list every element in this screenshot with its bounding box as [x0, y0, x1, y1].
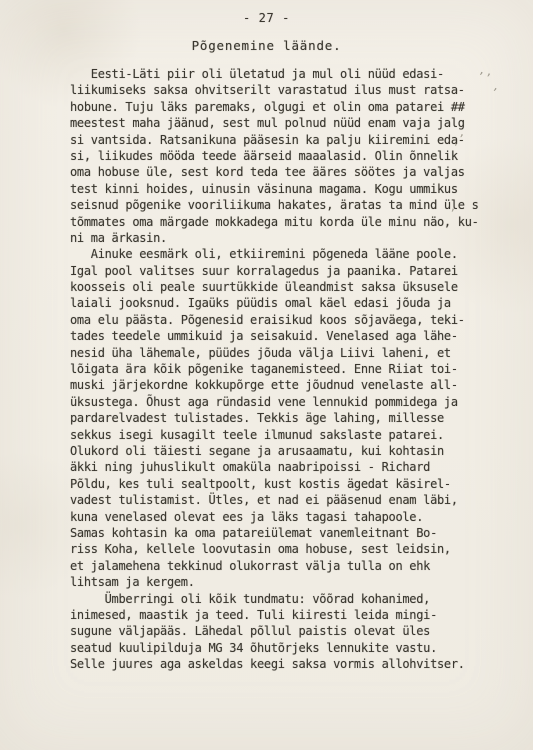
text-line: Ainuke eesmärk oli, etkiiremini põgeneda… [70, 246, 493, 262]
text-line: oma hobuse üle, sest kord teda tee ääres… [70, 164, 493, 180]
text-line: test kinni hoides, uinusin väsinuna maga… [70, 181, 493, 197]
text-line: kuna venelased olevat ees ja läks tagasi… [70, 509, 493, 525]
pencil-mark: ’ [452, 141, 461, 155]
text-line: muski järjekordne kokkupõrge ette jõudnu… [70, 377, 493, 393]
text-line: vadest tulistamist. Ütles, et nad ei pää… [70, 492, 493, 508]
text-line: si, liikudes mööda teede äärseid maaalas… [70, 148, 493, 164]
text-line: Olukord oli täiesti segane ja arusaamatu… [70, 443, 493, 459]
text-line: hobune. Tuju läks paremaks, olgugi et ol… [70, 99, 493, 115]
text-line: lihtsam ja kergem. [70, 574, 493, 590]
text-line: Selle juures aga askeldas keegi saksa vo… [70, 656, 493, 672]
paragraph: Ainuke eesmärk oli, etkiiremini põgeneda… [70, 246, 493, 525]
text-line: tõmmates oma märgade mokkadega mitu kord… [70, 214, 493, 230]
page-number: - 27 - [0, 0, 533, 25]
page-title: Põgenemine läände. [0, 38, 533, 53]
paragraph: Samas kohtasin ka oma patareiülemat vane… [70, 525, 493, 591]
text-line: pardarelvadest tulistades. Tekkis äge la… [70, 410, 493, 426]
text-line: liikumiseks saksa ohvitserilt varastatud… [70, 82, 493, 98]
text-line: äkki ning juhuslikult omaküla naabripois… [70, 459, 493, 475]
text-line: Samas kohtasin ka oma patareiülemat vane… [70, 525, 493, 541]
text-line: tades teedele ummikuid ja seisakuid. Ven… [70, 328, 493, 344]
text-line: seatud kuulipilduja MG 34 õhutõrjeks len… [70, 640, 493, 656]
text-line: koosseis oli peale suurtükkide üleandmis… [70, 279, 493, 295]
text-line: inimesed, maastik ja teed. Tuli kiiresti… [70, 607, 493, 623]
text-line: nesid üha lähemale, püüdes jõuda välja L… [70, 345, 493, 361]
text-line: et jalamehena tekkinud olukorrast välja … [70, 558, 493, 574]
paragraph: Eesti-Läti piir oli ületatud ja mul oli … [70, 66, 493, 246]
text-line: Eesti-Läti piir oli ületatud ja mul oli … [70, 66, 493, 82]
paragraph: Ümberringi oli kõik tundmatu: võõrad koh… [70, 591, 493, 673]
text-line: si vantsida. Ratsanikuna pääsesin ka pal… [70, 132, 493, 148]
text-line: Igal pool valitses suur korralagedus ja … [70, 263, 493, 279]
text-line: laiali jooksnud. Igaüks püüdis omal käel… [70, 295, 493, 311]
text-line: lõigata ära kõik põgenike taganemisteed.… [70, 361, 493, 377]
pencil-mark: ’ [448, 207, 457, 221]
text-line: riss Koha, kellele loovutasin oma hobuse… [70, 541, 493, 557]
document-body: Eesti-Läti piir oli ületatud ja mul oli … [70, 66, 493, 672]
text-line: üksustega. Õhust aga ründasid vene lennu… [70, 394, 493, 410]
text-line: sugune väljapääs. Lähedal põllul paistis… [70, 623, 493, 639]
text-line: oma elu päästa. Põgenesid eraisikud koos… [70, 312, 493, 328]
text-line: ni ma ärkasin. [70, 230, 493, 246]
document-page: - 27 - Põgenemine läände. Eesti-Läti pii… [0, 0, 533, 750]
text-line: Ümberringi oli kõik tundmatu: võõrad koh… [70, 591, 493, 607]
text-line: sekkus isegi kusagilt teele ilmunud saks… [70, 427, 493, 443]
text-line: meestest maha jäänud, sest mul polnud nü… [70, 115, 493, 131]
text-line: seisnud põgenike vooriliikuma hakates, ä… [70, 197, 493, 213]
text-line: Põldu, kes tuli sealtpoolt, kust kostis … [70, 476, 493, 492]
